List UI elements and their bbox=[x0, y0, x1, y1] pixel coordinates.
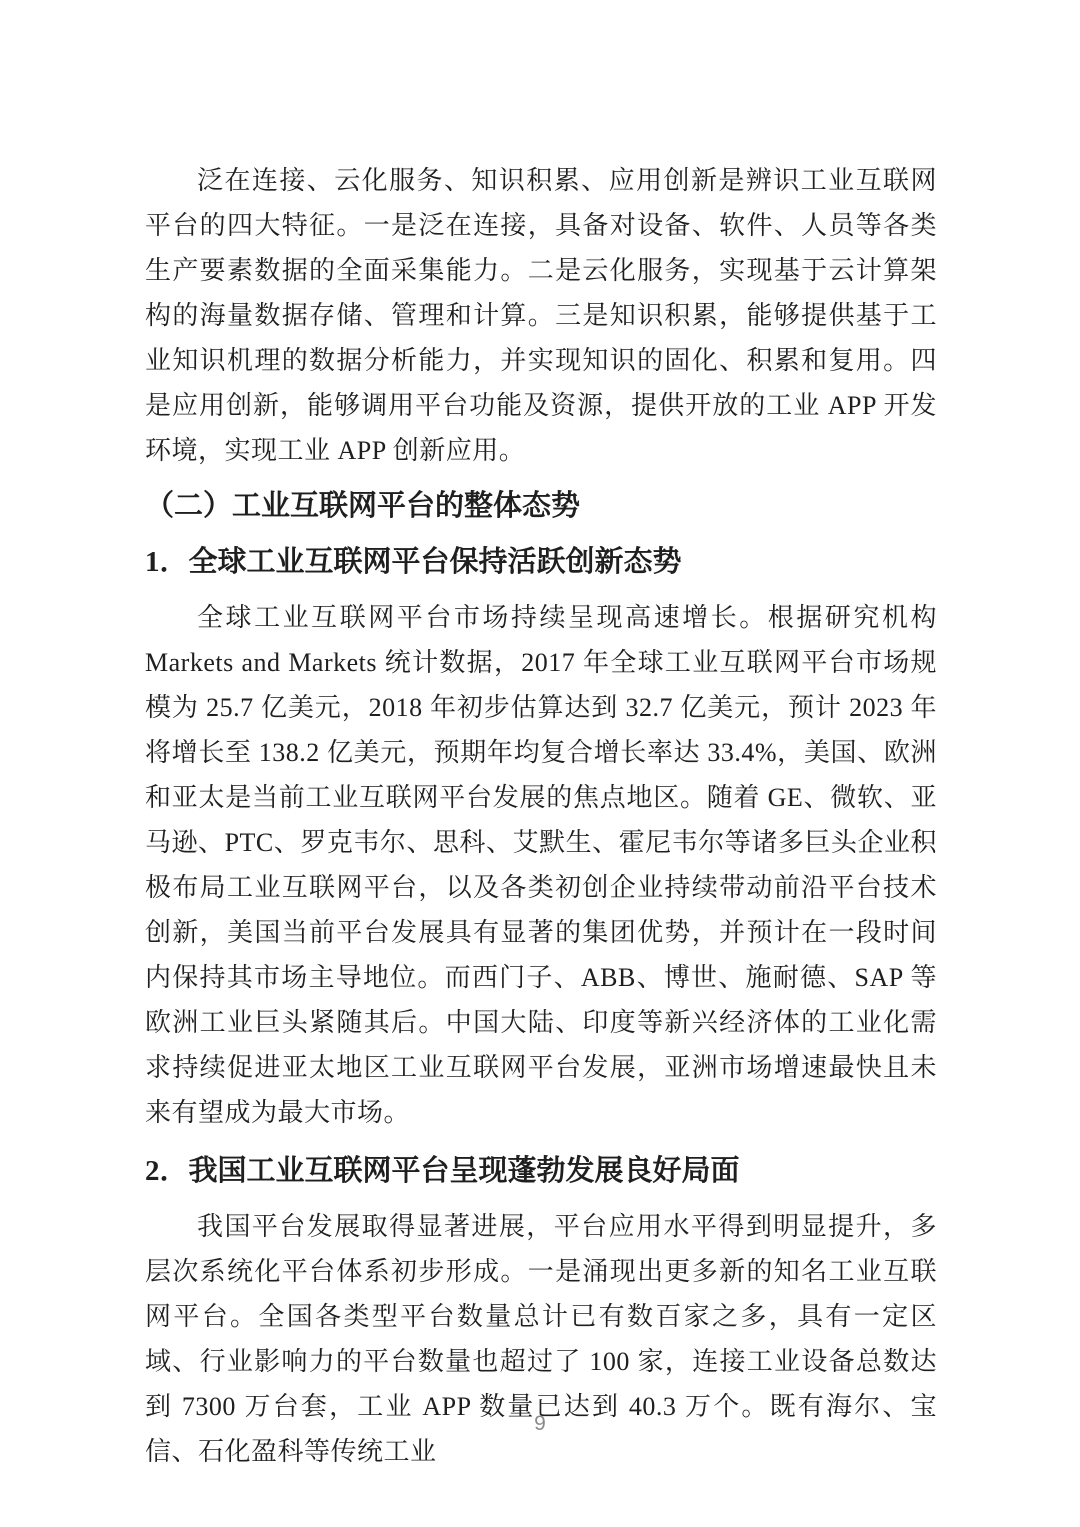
section-heading-overall-situation: （二）工业互联网平台的整体态势 bbox=[145, 484, 937, 529]
subsection-heading-china-platforms: 2．我国工业互联网平台呈现蓬勃发展良好局面 bbox=[145, 1149, 937, 1194]
document-page: 泛在连接、云化服务、知识积累、应用创新是辨识工业互联网平台的四大特征。一是泛在连… bbox=[0, 0, 1080, 1527]
subsection-heading-global-platforms: 1．全球工业互联网平台保持活跃创新态势 bbox=[145, 540, 937, 585]
document-body: 泛在连接、云化服务、知识积累、应用创新是辨识工业互联网平台的四大特征。一是泛在连… bbox=[145, 158, 937, 1474]
page-number: 9 bbox=[0, 1412, 1080, 1436]
paragraph-platform-features: 泛在连接、云化服务、知识积累、应用创新是辨识工业互联网平台的四大特征。一是泛在连… bbox=[145, 158, 937, 473]
paragraph-global-market-growth: 全球工业互联网平台市场持续呈现高速增长。根据研究机构 Markets and M… bbox=[145, 595, 937, 1135]
